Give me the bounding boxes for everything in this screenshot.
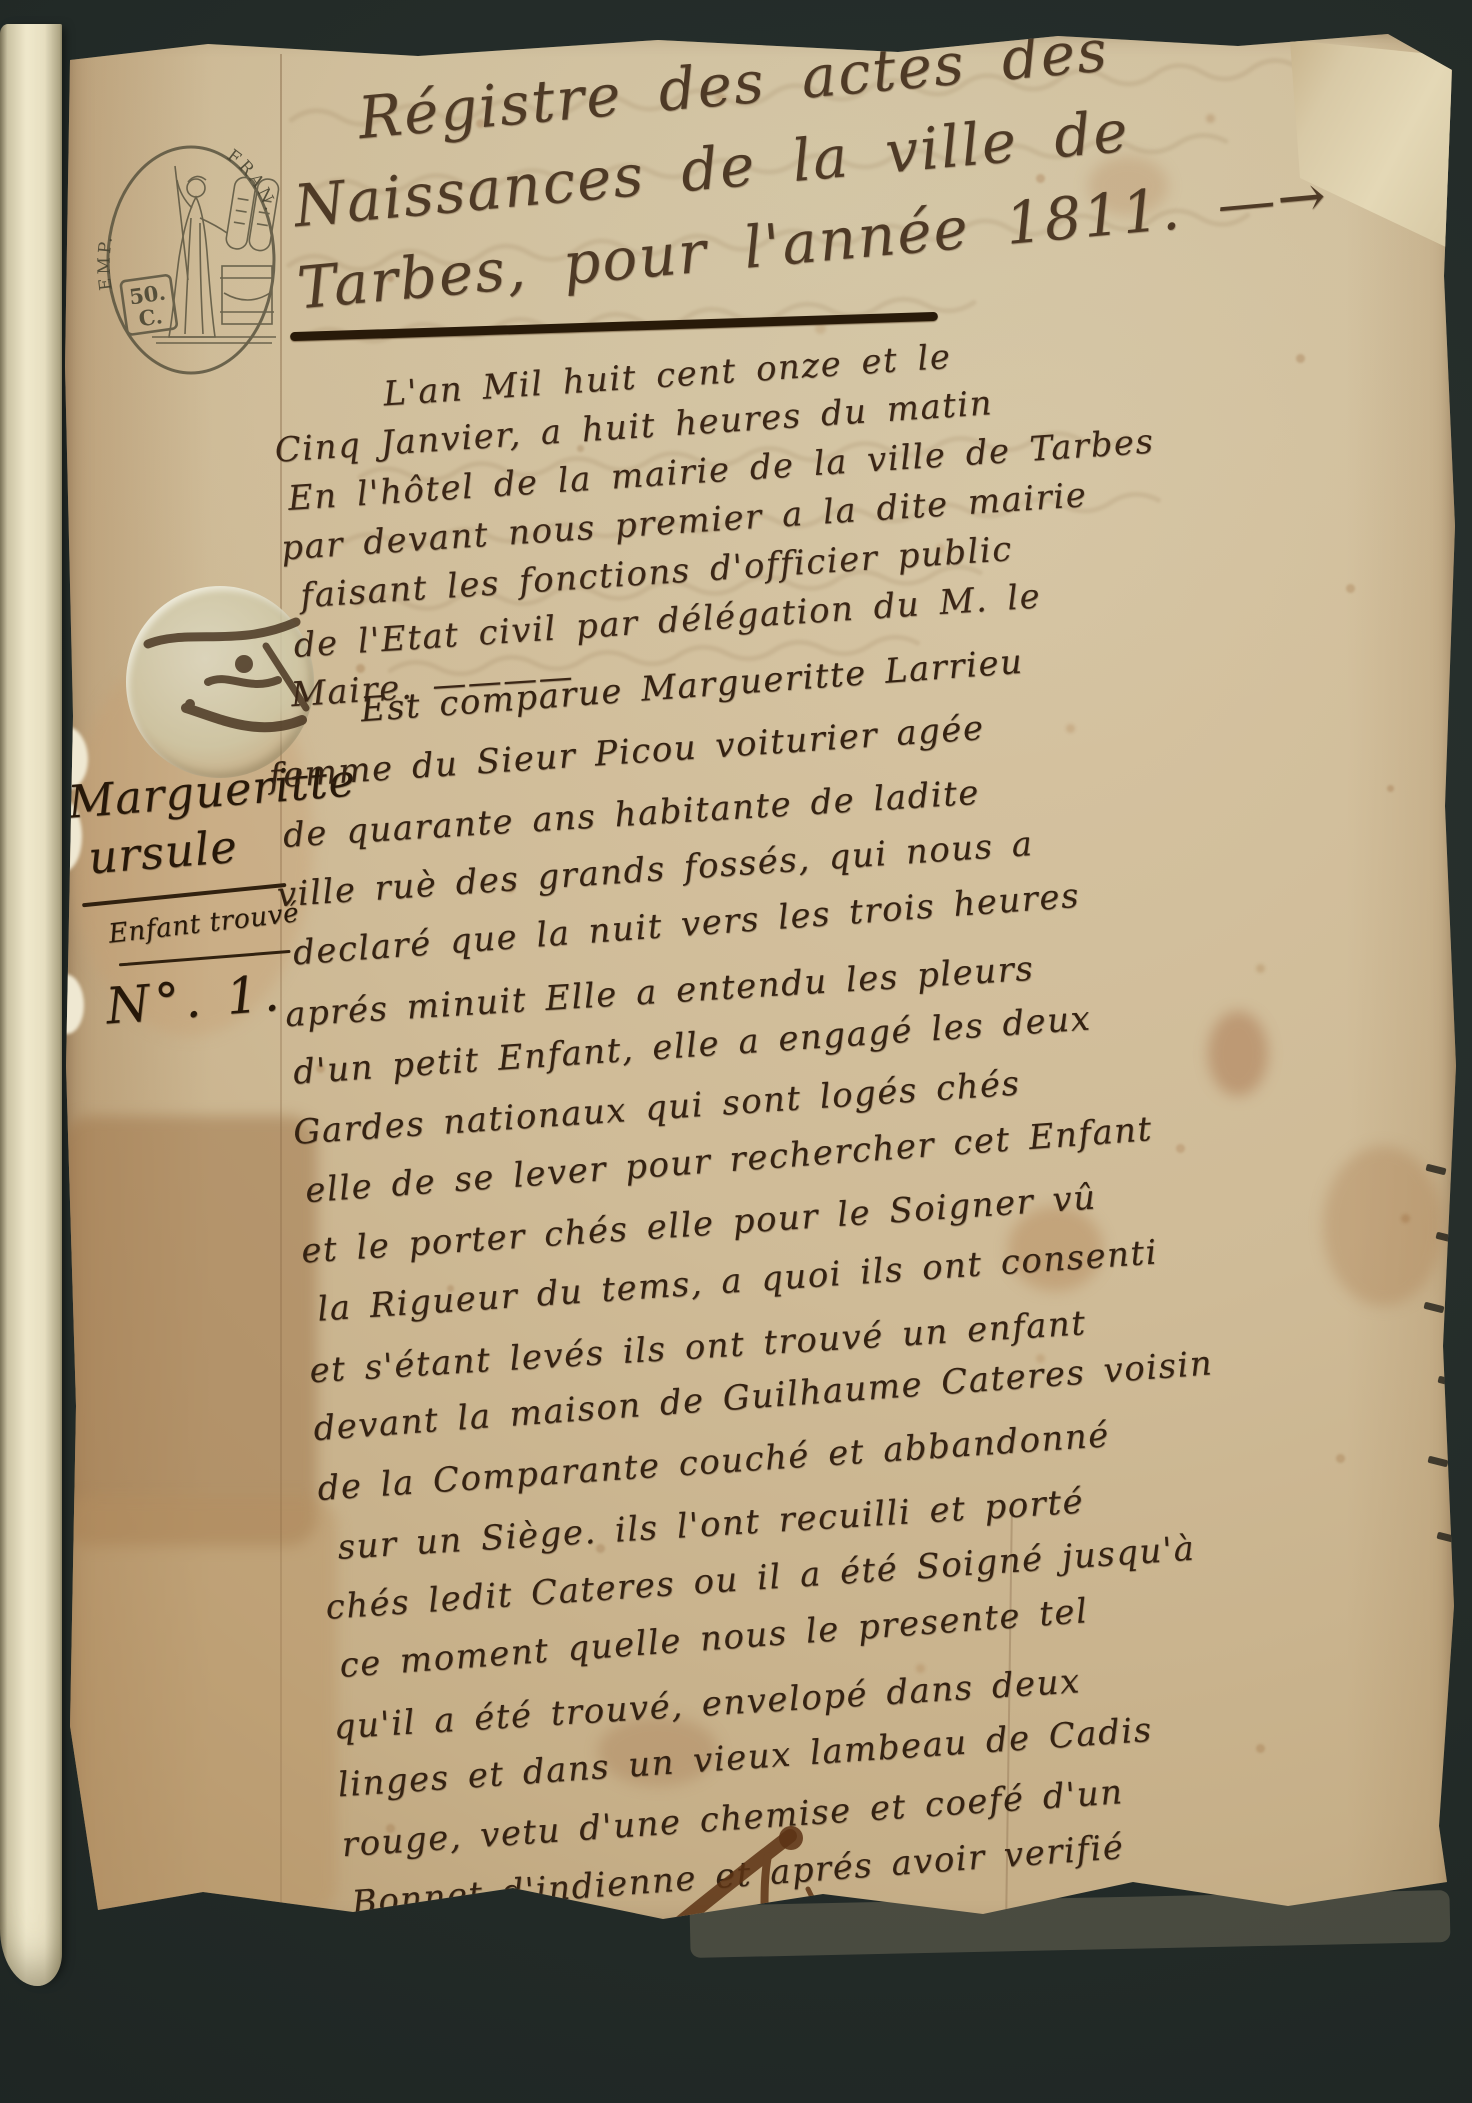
margin-divider-2 [119, 949, 291, 966]
stamp-denomination-unit: C. [137, 303, 164, 331]
stamp-left-arc-label: EMP. [96, 232, 117, 291]
repair-tape-patch [62, 1116, 317, 1546]
svg-text:EMP.: EMP. [96, 232, 117, 291]
body-paragraph: Est comparue Margueritte Larrieu femme d… [263, 625, 1276, 1935]
revenue-stamp: 50. C. EMP. FRAN. [96, 138, 286, 383]
underlying-sheet-edge [690, 1890, 1451, 1958]
manuscript-page: 50. C. EMP. FRAN. [58, 26, 1458, 1936]
stain-patch-left-lower [62, 1496, 337, 1916]
scanned-register-page: 50. C. EMP. FRAN. [0, 0, 1472, 2103]
ink-blot [558, 1794, 888, 2009]
book-binding-edge [0, 24, 62, 1986]
